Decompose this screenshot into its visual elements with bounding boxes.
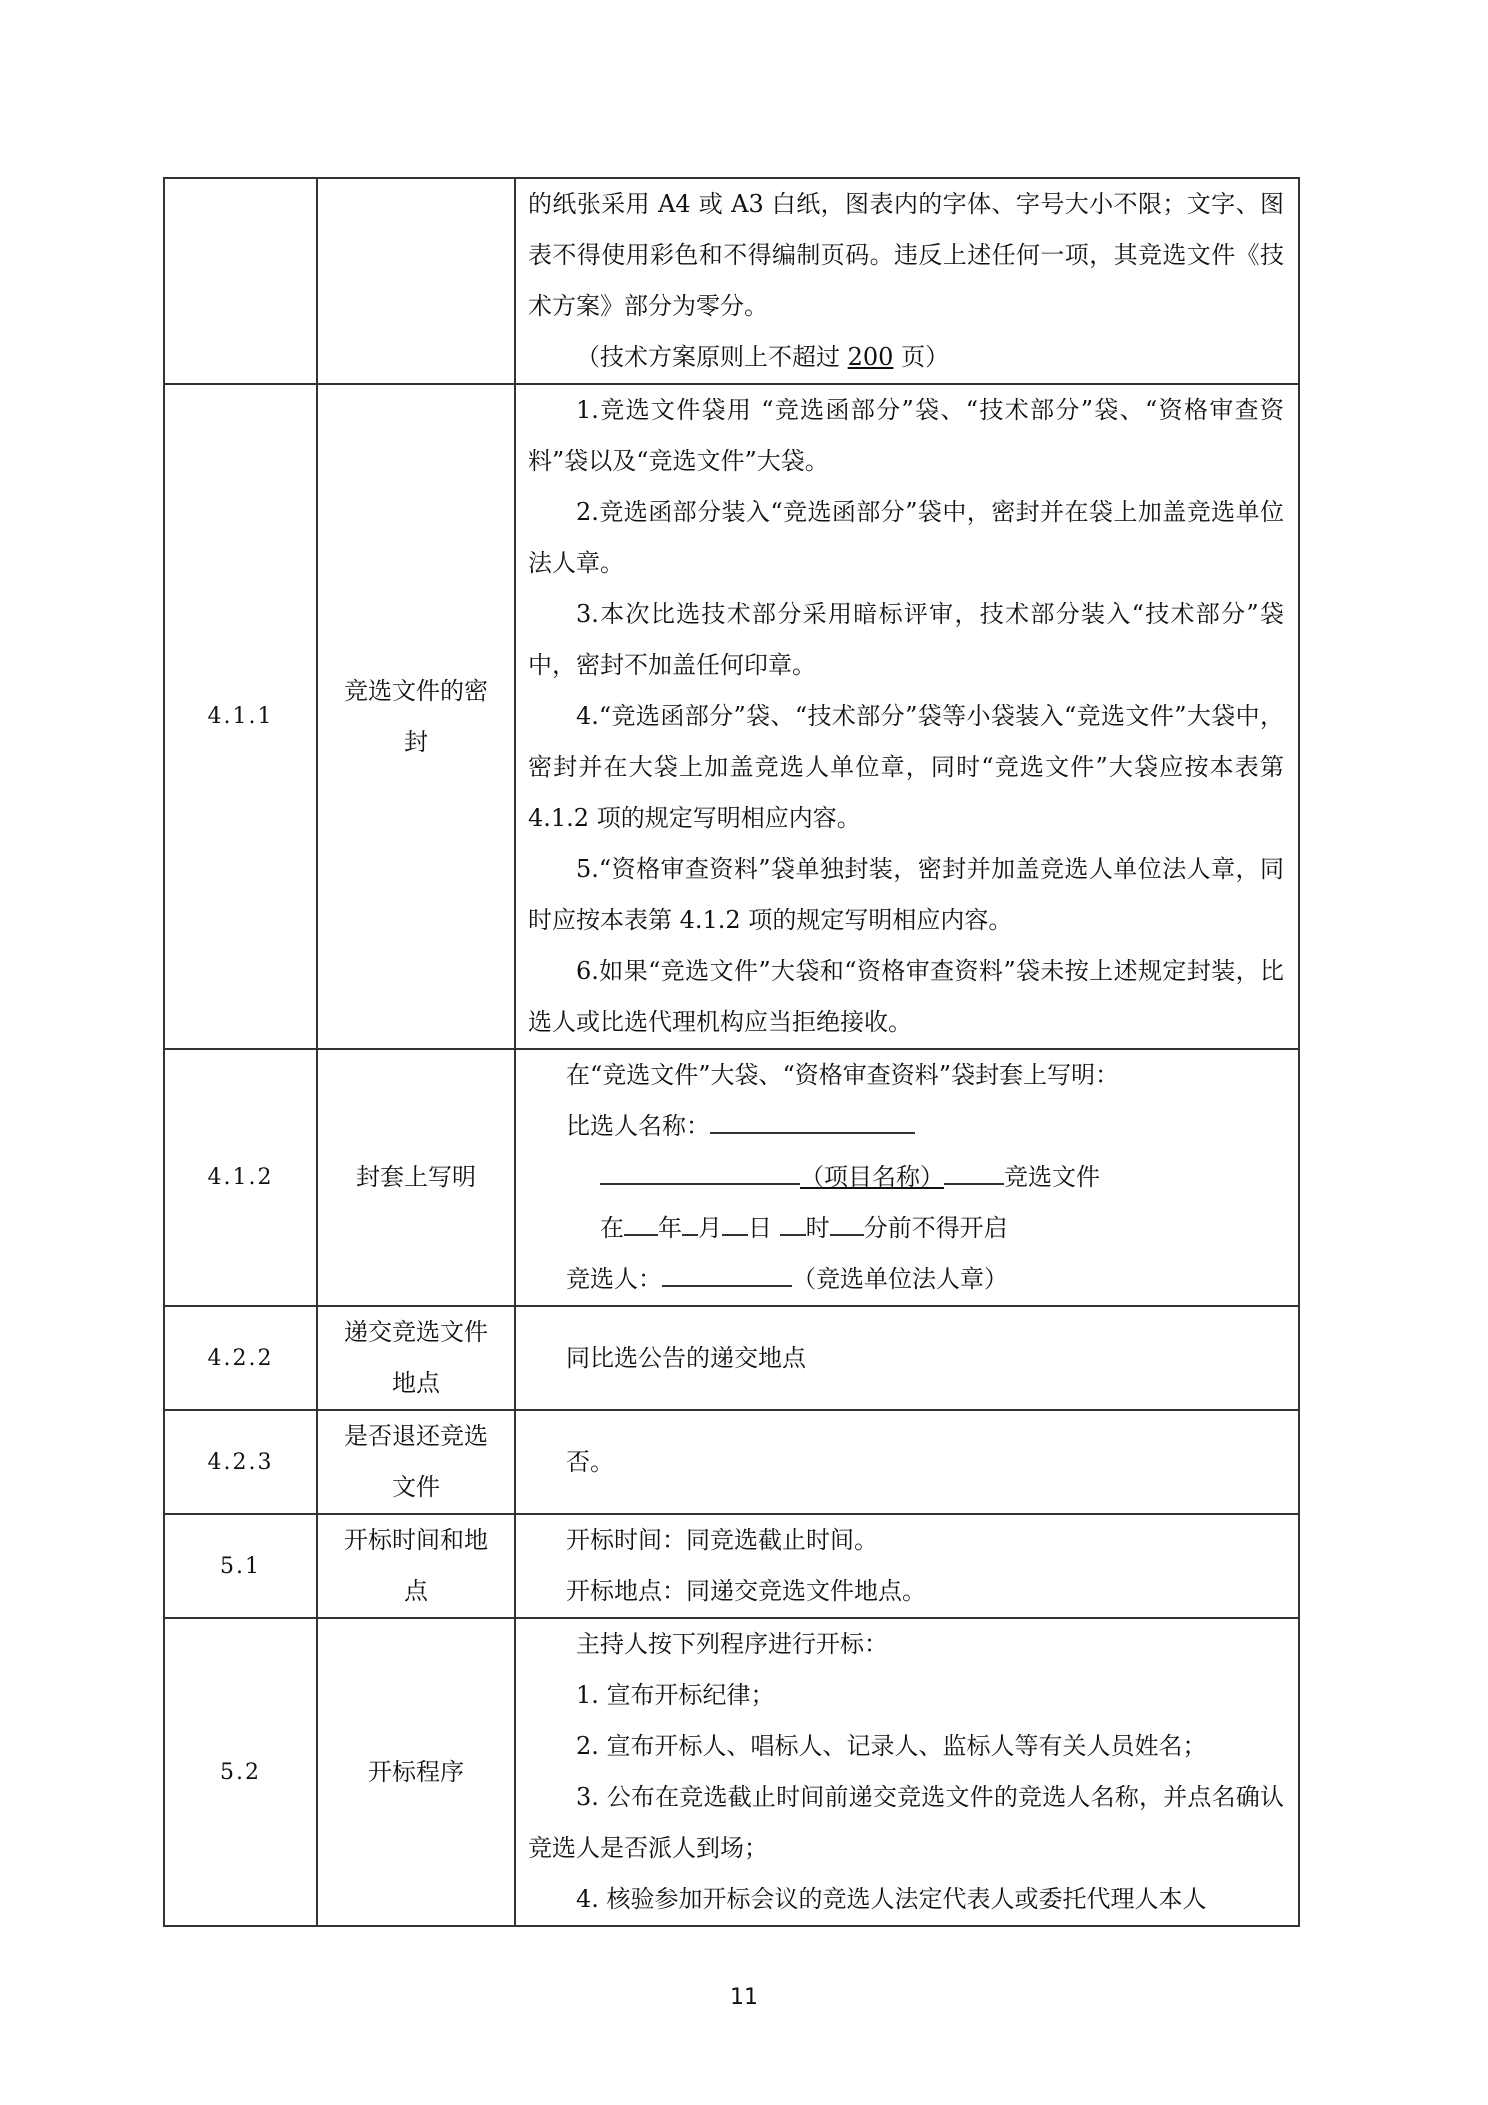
clause-number: 5.1 (164, 1514, 317, 1618)
clause-content: 1.竞选文件袋用 “竞选函部分”袋、“技术部分”袋、“资格审查资料”袋以及“竞选… (515, 384, 1299, 1049)
bid-data-table: 的纸张采用 A4 或 A3 白纸，图表内的字体、字号大小不限；文字、图表不得使用… (163, 177, 1300, 1927)
clause-number: 5.2 (164, 1618, 317, 1926)
paragraph: 开标地点：同递交竞选文件地点。 (566, 1566, 1284, 1617)
clause-content: 的纸张采用 A4 或 A3 白纸，图表内的字体、字号大小不限；文字、图表不得使用… (515, 178, 1299, 384)
note-text: 页） (893, 343, 949, 371)
table-row: 4.2.2 递交竞选文件地点 同比选公告的递交地点 (164, 1306, 1299, 1410)
list-item: 3.本次比选技术部分采用暗标评审，技术部分装入“技术部分”袋中，密封不加盖任何印… (528, 589, 1284, 691)
clause-number: 4.1.1 (164, 384, 317, 1049)
clause-number: 4.1.2 (164, 1049, 317, 1306)
date-text: 月 (698, 1214, 722, 1242)
date-text: 时 (806, 1214, 830, 1242)
paragraph: 在“竞选文件”大袋、“资格审查资料”袋封套上写明： (566, 1050, 1284, 1101)
clause-label: 是否退还竞选文件 (317, 1410, 515, 1514)
list-item: 2.竞选函部分装入“竞选函部分”袋中，密封并在袋上加盖竞选单位法人章。 (528, 487, 1284, 589)
clause-number: 4.2.3 (164, 1410, 317, 1514)
blank-line (600, 1157, 800, 1185)
paragraph: 开标时间：同竞选截止时间。 (566, 1515, 1284, 1566)
page-number: 11 (0, 1985, 1488, 2010)
date-line: 在年月日 时分前不得开启 (566, 1203, 1284, 1254)
table-row: 4.1.1 竞选文件的密封 1.竞选文件袋用 “竞选函部分”袋、“技术部分”袋、… (164, 384, 1299, 1049)
paragraph: 的纸张采用 A4 或 A3 白纸，图表内的字体、字号大小不限；文字、图表不得使用… (528, 179, 1284, 332)
list-item: 5.“资格审查资料”袋单独封装，密封并加盖竞选人单位法人章，同时应按本表第 4.… (528, 844, 1284, 946)
blank-line (722, 1208, 748, 1236)
clause-content: 主持人按下列程序进行开标： 1. 宣布开标纪律； 2. 宣布开标人、唱标人、记录… (515, 1618, 1299, 1926)
clause-content: 同比选公告的递交地点 (515, 1306, 1299, 1410)
blank-line (710, 1106, 915, 1134)
clause-number: 4.2.2 (164, 1306, 317, 1410)
table-row: 5.1 开标时间和地点 开标时间：同竞选截止时间。 开标地点：同递交竞选文件地点… (164, 1514, 1299, 1618)
list-item: 2. 宣布开标人、唱标人、记录人、监标人等有关人员姓名； (528, 1721, 1284, 1772)
date-text: 分前不得开启 (864, 1214, 1008, 1242)
clause-label: 递交竞选文件地点 (317, 1306, 515, 1410)
table-row: 的纸张采用 A4 或 A3 白纸，图表内的字体、字号大小不限；文字、图表不得使用… (164, 178, 1299, 384)
table-row: 4.1.2 封套上写明 在“竞选文件”大袋、“资格审查资料”袋封套上写明： 比选… (164, 1049, 1299, 1306)
clause-content: 开标时间：同竞选截止时间。 开标地点：同递交竞选文件地点。 (515, 1514, 1299, 1618)
list-item: 6.如果“竞选文件”大袋和“资格审查资料”袋未按上述规定封装，比选人或比选代理机… (528, 946, 1284, 1048)
blank-line (662, 1259, 792, 1287)
date-text: 在 (600, 1214, 624, 1242)
doc-label: 竞选文件 (1004, 1163, 1100, 1191)
table-row: 4.2.3 是否退还竞选文件 否。 (164, 1410, 1299, 1514)
project-name-label: （项目名称） (800, 1163, 944, 1191)
project-line: （项目名称）竞选文件 (566, 1152, 1284, 1203)
clause-label: 开标程序 (317, 1618, 515, 1926)
page-limit-note: （技术方案原则上不超过 200 页） (528, 332, 1284, 383)
clause-content: 否。 (515, 1410, 1299, 1514)
date-text: 年 (658, 1214, 682, 1242)
field-label: 竞选人： (566, 1265, 662, 1293)
blank-line (624, 1208, 658, 1236)
list-item: 4. 核验参加开标会议的竞选人法定代表人或委托代理人本人 (528, 1874, 1284, 1925)
paragraph: 主持人按下列程序进行开标： (528, 1619, 1284, 1670)
blank-line (944, 1157, 1004, 1185)
field-label: 比选人名称： (566, 1112, 710, 1140)
list-item: 1. 宣布开标纪律； (528, 1670, 1284, 1721)
list-item: 1.竞选文件袋用 “竞选函部分”袋、“技术部分”袋、“资格审查资料”袋以及“竞选… (528, 385, 1284, 487)
blank-line (780, 1208, 806, 1236)
seal-label: （竞选单位法人章） (792, 1265, 1008, 1293)
blank-line (830, 1208, 864, 1236)
note-page-count: 200 (848, 343, 894, 371)
clause-label: 封套上写明 (317, 1049, 515, 1306)
date-text: 日 (748, 1214, 772, 1242)
list-item: 3. 公布在竞选截止时间前递交竞选文件的竞选人名称，并点名确认竞选人是否派人到场… (528, 1772, 1284, 1874)
blank-line (682, 1208, 698, 1236)
clause-number (164, 178, 317, 384)
table-row: 5.2 开标程序 主持人按下列程序进行开标： 1. 宣布开标纪律； 2. 宣布开… (164, 1618, 1299, 1926)
bidder-name-line: 比选人名称： (566, 1101, 1284, 1152)
clause-label (317, 178, 515, 384)
note-text: （技术方案原则上不超过 (576, 343, 848, 371)
clause-label: 开标时间和地点 (317, 1514, 515, 1618)
clause-label: 竞选文件的密封 (317, 384, 515, 1049)
list-item: 4.“竞选函部分”袋、“技术部分”袋等小袋装入“竞选文件”大袋中，密封并在大袋上… (528, 691, 1284, 844)
bidder-line: 竞选人：（竞选单位法人章） (566, 1254, 1284, 1305)
clause-content: 在“竞选文件”大袋、“资格审查资料”袋封套上写明： 比选人名称： （项目名称）竞… (515, 1049, 1299, 1306)
